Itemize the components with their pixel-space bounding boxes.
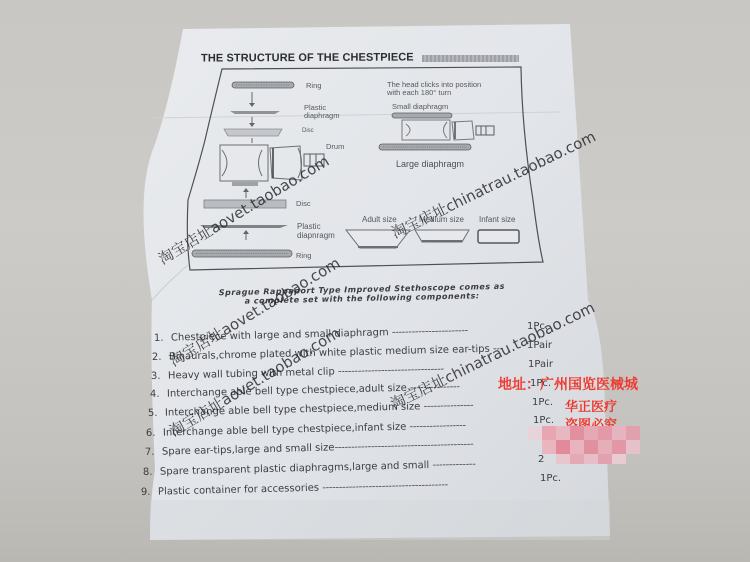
- label-ring-top: Ring: [306, 82, 321, 90]
- item-qty: 1Pair: [528, 359, 553, 370]
- label-infant-size: Infant size: [479, 216, 515, 224]
- label-plastic-diaphragm-top: Plastic diaphragm: [304, 104, 339, 120]
- label-large-diaphragm: Large diaphragm: [396, 159, 464, 169]
- label-head-note-2: with each 180° turn: [387, 89, 451, 97]
- chestpiece-diagram: [0, 0, 750, 562]
- item-qty: 1Pc.: [540, 473, 561, 484]
- instruction-sheet: THE STRUCTURE OF THE CHESTPIECE: [0, 0, 750, 562]
- label-ring-bottom: Ring: [296, 252, 311, 260]
- item-qty: 1Pc.: [532, 397, 553, 408]
- label-plastic-diaphragm-bottom: Plastic diapnragm: [297, 222, 335, 240]
- label-disc-top: Disc: [302, 127, 314, 135]
- shop-name-label: 华正医疗: [565, 396, 617, 415]
- label-disc-bottom: Disc: [296, 200, 311, 208]
- label-small-diaphragm: Small diaphragm: [392, 103, 448, 111]
- item-qty: 1Pc.: [533, 415, 554, 426]
- item-qty: 2: [538, 454, 544, 465]
- shop-address-label: 地址：广州国览医械城: [498, 374, 638, 394]
- label-drum: Drum: [326, 143, 344, 151]
